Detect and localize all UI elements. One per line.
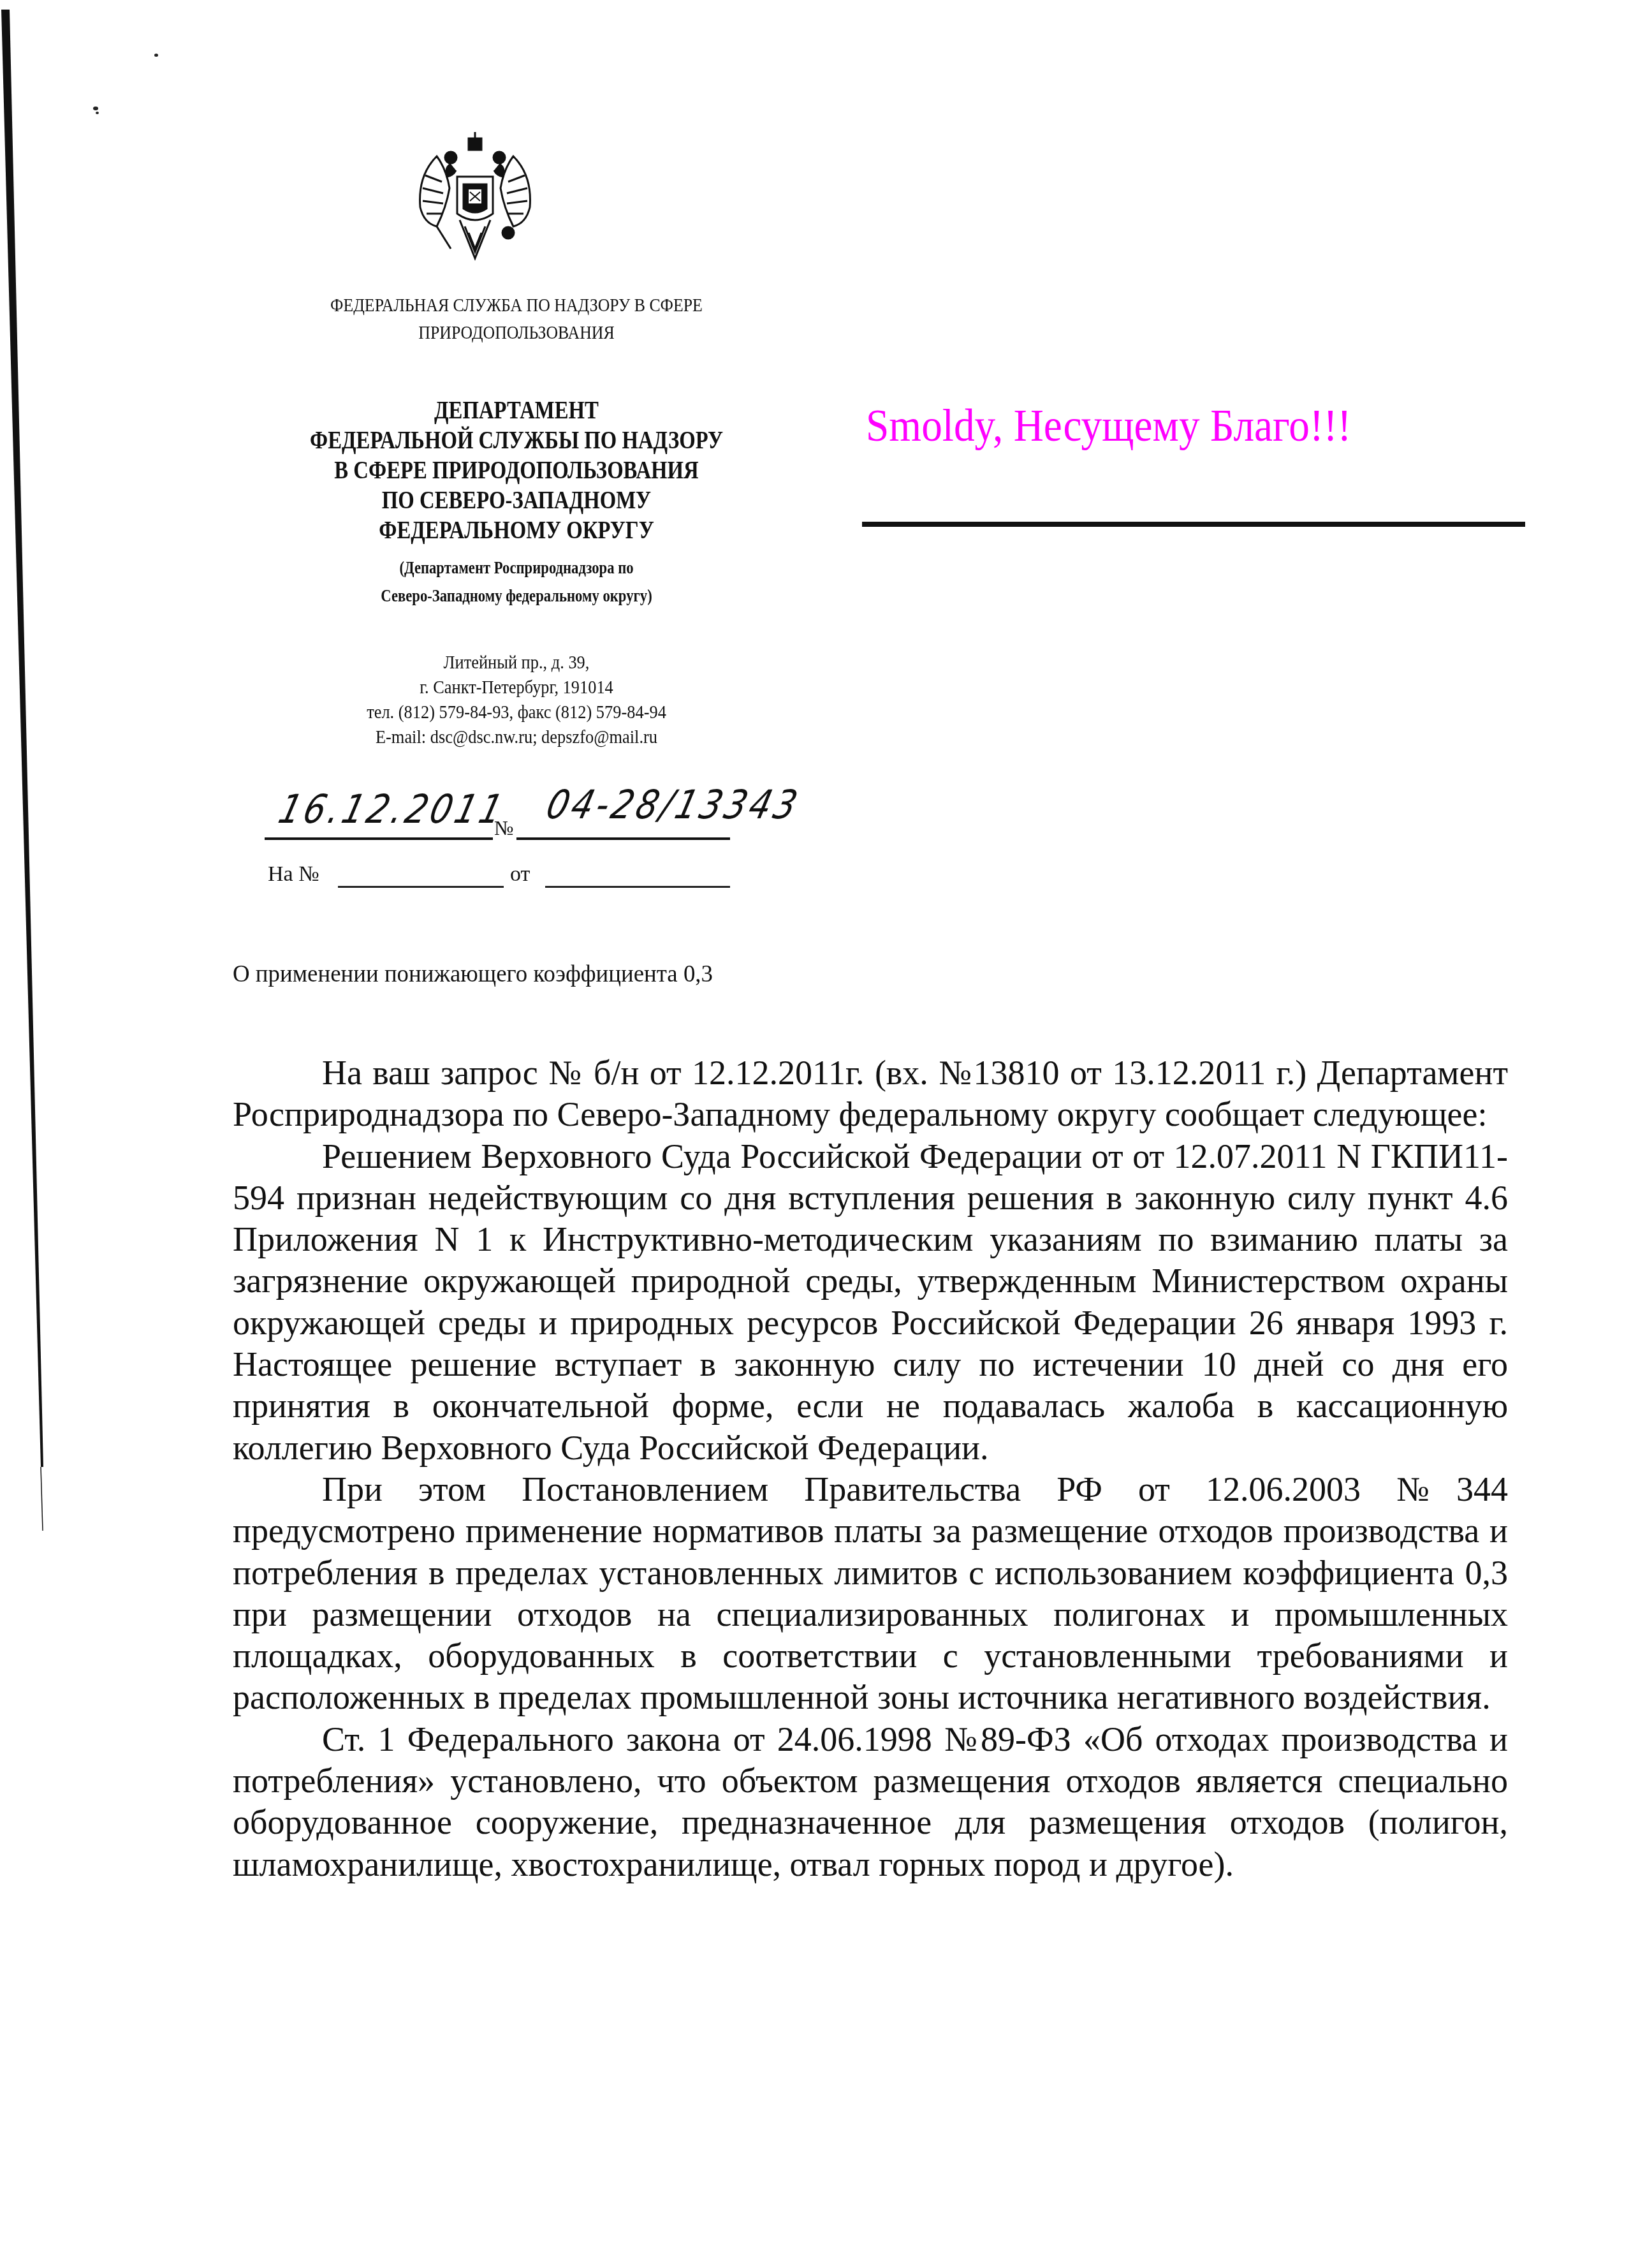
address-line: Литейный пр., д. 39, [267, 654, 766, 671]
phone-fax-line: тел. (812) 579-84-93, факс (812) 579-84-… [267, 703, 766, 721]
department-short-name-line: (Департамент Росприроднадзора по [278, 554, 755, 582]
number-underline [516, 837, 730, 840]
reply-to-number-blank [338, 886, 504, 888]
department-name-line: ФЕДЕРАЛЬНОЙ СЛУЖБЫ ПО НАДЗОРУ [278, 425, 755, 455]
reply-from-label: от [510, 862, 530, 887]
department-name-line: ДЕПАРТАМЕНТ [278, 395, 755, 425]
addressee-underline [862, 522, 1525, 527]
letter-subject: О применении понижающего коэффициента 0,… [233, 960, 713, 988]
addressee-greeting: Smoldy, Несущему Благо!!! [866, 401, 1351, 452]
body-paragraph: При этом Постановлением Правительства РФ… [233, 1469, 1508, 1719]
scan-speck [96, 112, 99, 114]
department-name-line: В СФЕРЕ ПРИРОДОПОЛЬЗОВАНИЯ [278, 455, 755, 485]
reply-from-date-blank [545, 886, 730, 888]
address-line: г. Санкт-Петербург, 191014 [267, 679, 766, 696]
department-short-name-line: Северо-Западному федеральному округу) [278, 582, 755, 610]
body-paragraph: Ст. 1 Федерального закона от 24.06.1998 … [233, 1719, 1508, 1885]
number-sign: № [494, 816, 514, 840]
date-underline [265, 837, 493, 840]
body-paragraph: На ваш запрос № б/н от 12.12.2011г. (вх.… [233, 1052, 1508, 1136]
department-name-line: ПО СЕВЕРО-ЗАПАДНОМУ [278, 485, 755, 515]
reply-to-label: На № [268, 862, 319, 887]
agency-name-line: ФЕДЕРАЛЬНАЯ СЛУЖБА ПО НАДЗОРУ В СФЕРЕ [272, 295, 760, 316]
outgoing-number: 04-28/13343 [542, 781, 805, 828]
coat-of-arms-icon [411, 131, 539, 261]
email-line: E-mail: dsc@dsc.nw.ru; depszfo@mail.ru [267, 728, 766, 746]
body-paragraph: Решением Верховного Суда Российской Феде… [233, 1136, 1508, 1469]
letter-body: На ваш запрос № б/н от 12.12.2011г. (вх.… [233, 1052, 1508, 1885]
outgoing-date: 16.12.2011 [274, 786, 511, 832]
department-name-line: ФЕДЕРАЛЬНОМУ ОКРУГУ [278, 515, 755, 545]
scan-speck [93, 107, 98, 110]
agency-name-line: ПРИРОДОПОЛЬЗОВАНИЯ [272, 322, 760, 344]
scan-edge-artifact [0, 0, 57, 1543]
scan-speck [154, 54, 158, 57]
